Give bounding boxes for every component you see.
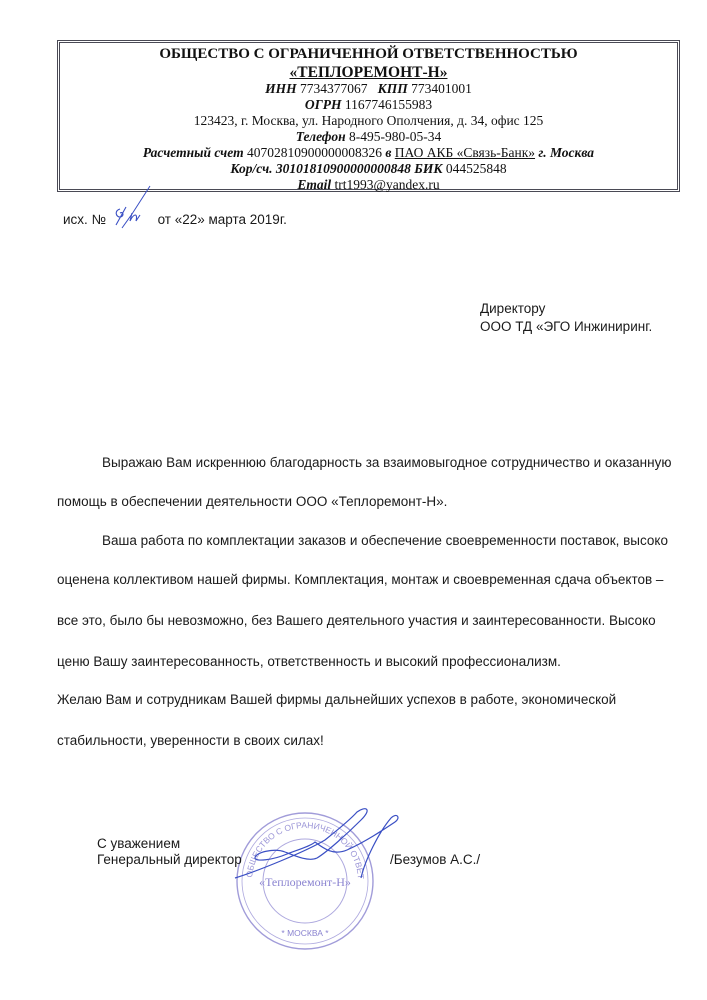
- inn-kpp: ИНН 7734377067 КПП 773401001: [60, 81, 677, 97]
- closing-regards: С уважением: [97, 836, 242, 852]
- company-form: ОБЩЕСТВО С ОГРАНИЧЕННОЙ ОТВЕТСТВЕННОСТЬЮ: [60, 45, 677, 64]
- corr-bik: Кор/сч. 30101810900000000848 БИК 0445258…: [60, 161, 677, 177]
- letterhead: ОБЩЕСТВО С ОГРАНИЧЕННОЙ ОТВЕТСТВЕННОСТЬЮ…: [57, 40, 680, 192]
- bank-account: Расчетный счет 40702810900000008326 в ПА…: [60, 145, 677, 161]
- account-in: в: [385, 145, 391, 160]
- body-line: Ваша работа по комплектации заказов и об…: [102, 533, 668, 549]
- account-value: 40702810900000008326: [247, 145, 382, 160]
- addressee: Директору ООО ТД «ЭГО Инжиниринг.: [480, 300, 652, 336]
- bik-label: БИК: [414, 161, 442, 176]
- addressee-company: ООО ТД «ЭГО Инжиниринг.: [480, 318, 652, 336]
- ogrn-label: ОГРН: [305, 97, 342, 112]
- inn-label: ИНН: [265, 81, 297, 96]
- bank-name: ПАО АКБ «Связь-Банк»: [395, 145, 535, 160]
- phone-label: Телефон: [296, 129, 346, 144]
- body-line: Выражаю Вам искреннюю благодарность за в…: [102, 455, 671, 471]
- account-label: Расчетный счет: [143, 145, 244, 160]
- body-line: все это, было бы невозможно, без Вашего …: [57, 613, 656, 629]
- body-line: Желаю Вам и сотрудникам Вашей фирмы даль…: [57, 692, 616, 708]
- kpp-label: КПП: [378, 81, 408, 96]
- outgoing-date: от «22» марта 2019г.: [158, 212, 287, 227]
- ogrn: ОГРН 1167746155983: [60, 97, 677, 113]
- bik-value: 044525848: [446, 161, 507, 176]
- outgoing-number: исх. № от «22» марта 2019г.: [63, 212, 287, 227]
- body-line: ценю Вашу заинтересованность, ответствен…: [57, 654, 561, 670]
- company-name: «ТЕПЛОРЕМОНТ-Н»: [60, 64, 677, 81]
- corr-value: 30101810900000000848: [276, 161, 411, 176]
- email-label: Email: [297, 177, 331, 192]
- addressee-title: Директору: [480, 300, 652, 318]
- outgoing-prefix: исх. №: [63, 212, 106, 227]
- signer-name: /Безумов А.С./: [390, 852, 480, 867]
- body-line: помощь в обеспечении деятельности ООО «Т…: [57, 494, 447, 510]
- ogrn-value: 1167746155983: [345, 97, 432, 112]
- email-value: trt1993@yandex.ru: [335, 177, 440, 192]
- address: 123423, г. Москва, ул. Народного Ополчен…: [60, 113, 677, 129]
- body-line: оценена коллективом нашей фирмы. Комплек…: [57, 572, 663, 588]
- stamp-bottom-text: * МОСКВА *: [281, 928, 329, 938]
- phone: Телефон 8-495-980-05-34: [60, 129, 677, 145]
- kpp-value: 773401001: [411, 81, 472, 96]
- signature-icon: [215, 800, 405, 890]
- body-line: стабильности, уверенности в своих силах!: [57, 733, 324, 749]
- handwritten-number-icon: [110, 213, 154, 227]
- closing: С уважением Генеральный директор: [97, 836, 242, 868]
- bank-city: г. Москва: [538, 145, 594, 160]
- closing-position: Генеральный директор: [97, 852, 242, 868]
- inn-value: 7734377067: [300, 81, 368, 96]
- corr-label: Кор/сч.: [230, 161, 272, 176]
- phone-value: 8-495-980-05-34: [349, 129, 441, 144]
